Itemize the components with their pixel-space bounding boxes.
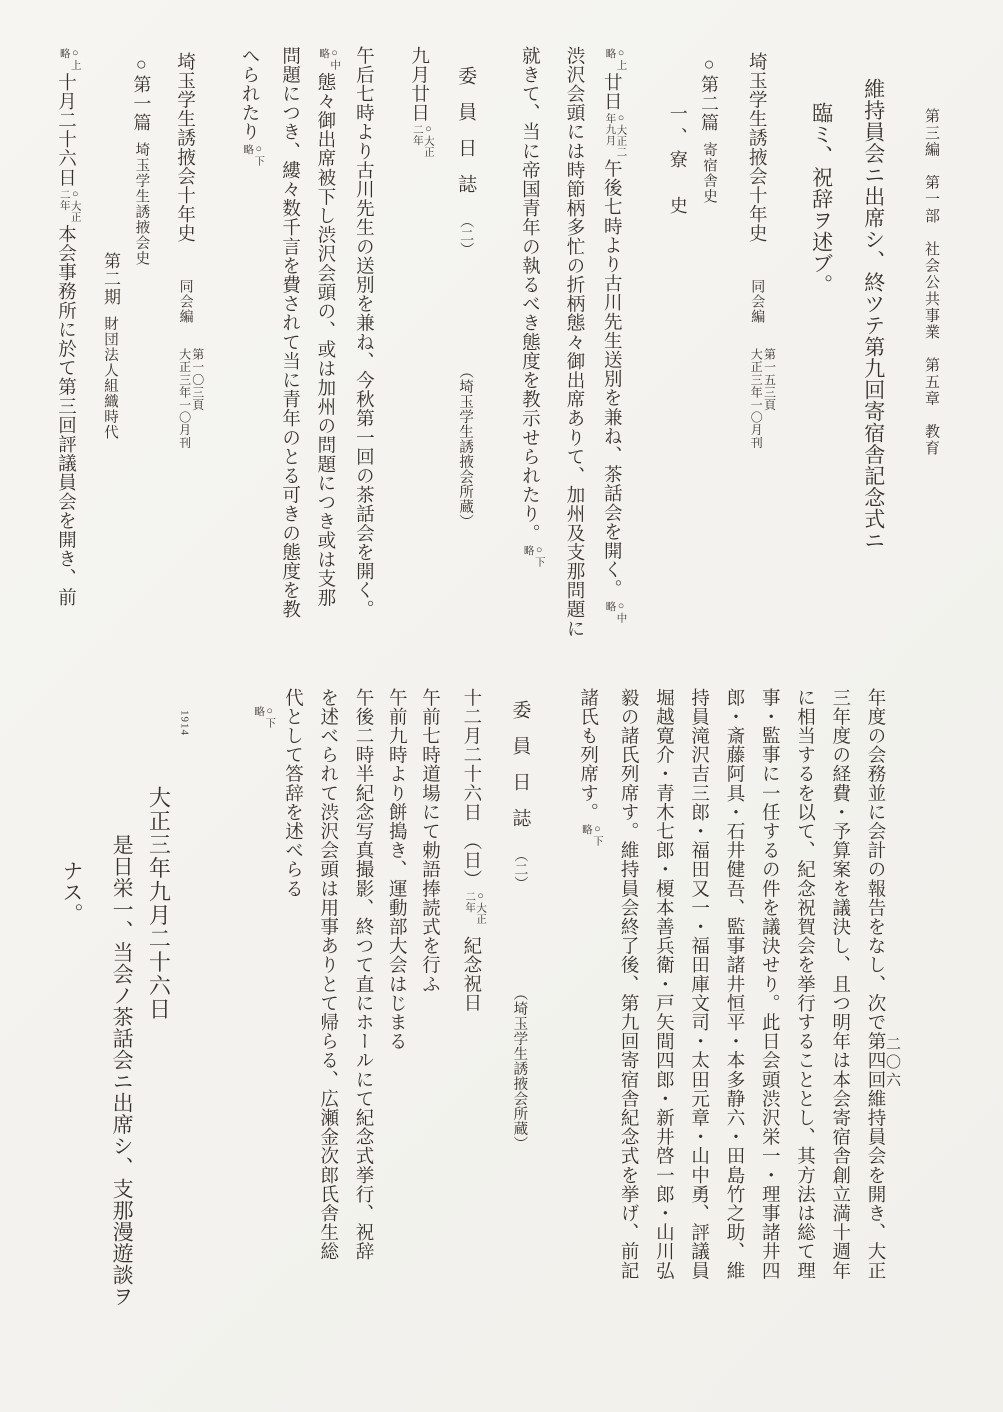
date-note: ○大正二年 [59, 189, 81, 223]
quote-text: 諸氏も列席す。 [578, 688, 598, 822]
section-label: ○第二篇 [699, 54, 719, 132]
kobun-line: 臨ミ、祝辞ヲ述ブ。 [809, 46, 833, 664]
diary-heading: 委員日誌 [509, 700, 530, 844]
warichu-line-left: 略 [59, 48, 70, 71]
section-title: 埼玉学生誘掖会史 [133, 142, 150, 266]
ellipsis-column: ○下略 [249, 688, 276, 1306]
warichu-line-left: 二年 [59, 189, 70, 223]
diary-source: （埼玉学生誘掖会所蔵） [511, 986, 528, 1151]
quote-line: 事・監事に一任するの件を議決せり。此日会頭渋沢栄一・理事諸井四 [758, 688, 779, 1306]
warichu-line-left: 略 [523, 545, 534, 568]
entry-date: 十月二十六日 [56, 73, 76, 188]
warichu-line-right: ○大正 [475, 891, 486, 925]
ellipsis-note: ○中略 [318, 48, 340, 71]
warichu-line-left: 略 [318, 48, 329, 71]
western-year-column: 1914 [173, 688, 194, 1306]
warichu-line-right: ○下 [253, 144, 264, 167]
citation-title: 埼玉学生誘掖会十年史 [746, 52, 766, 243]
quote-text: 本会事務所に於て第三回評議員会を開き、前 [56, 225, 76, 607]
citation-published: 大正三年一〇月刊 [177, 348, 190, 449]
entry-date-heading: 大正三年九月二十六日 [146, 688, 171, 1306]
warichu-line-left: 略 [604, 48, 615, 71]
warichu-line-left: 年九月 [604, 113, 615, 158]
citation-page-ref: 第一五三頁 [762, 348, 775, 449]
diary-date-column: 九月廿日○大正二年 [407, 46, 434, 664]
ellipsis-note: ○中略 [604, 601, 626, 624]
entry-date: 九月廿日 [409, 46, 429, 122]
kobun-line: 是日栄一、当会ノ茶話会ニ出席シ、支那漫遊談ヲ [110, 688, 134, 1306]
kobun-line: 維持員会ニ出席シ、終ツテ第九回寄宿舎記念式ニ [862, 46, 886, 664]
citation-column: 埼玉学生誘掖会十年史同会編第一〇三頁大正三年一〇月刊 [173, 46, 203, 664]
citation-editor: 同会編 [176, 279, 192, 324]
entry-date: 廿日 [601, 73, 621, 111]
citation-editor: 同会編 [748, 279, 764, 324]
quote-line: 渋沢会頭には時節柄多忙の折柄態々御出席ありて、加州及支那問題に [563, 46, 584, 664]
quote-line: 堀越寛介・青木七郎・榎本善兵衛・戸矢間四郎・新井啓一郎・山川弘 [652, 688, 673, 1306]
quote-line: 午前七時道場にて勅語捧読式を行ふ [418, 688, 439, 1306]
citation-page-info: 第一五三頁大正三年一〇月刊 [749, 348, 775, 449]
warichu-line-right: ○大正 [423, 124, 434, 158]
quote-line: ○上略廿日○大正二年九月午後七時より古川先生送別を兼ね、茶話会を開く。○中略 [600, 46, 627, 664]
quote-line: に相当するを以て、紀念祝賀会を挙行することとし、其方法は総て理 [793, 688, 814, 1306]
ellipsis-note: ○上略 [59, 48, 81, 71]
diary-date-column: 十二月二十六日 （日）○大正二年紀念祝日 [460, 688, 487, 1306]
warichu-line-right: ○下 [592, 824, 603, 847]
quote-line: 問題につき、縷々数千言を費されて当に青年のとる可きの態度を教 [278, 46, 299, 664]
citation-column: 埼玉学生誘掖会十年史同会編第一五三頁大正三年一〇月刊 [745, 46, 775, 664]
warichu-line-right: ○中 [329, 48, 340, 71]
top-text-block: 第三編 第一部 社会公共事業 第五章 教育 維持員会ニ出席シ、終ツテ第九回寄宿舎… [54, 46, 939, 664]
quote-line: 郎・斎藤阿具・石井健吾、監事諸井恒平・本多静六・田島竹之助、維 [723, 688, 744, 1306]
quote-text: 態々御出席被下し渋沢会頭の、或は加州の問題につき或は支那 [315, 73, 335, 608]
warichu-line-right: ○中 [615, 601, 626, 624]
diary-heading-number: （二） [457, 214, 473, 256]
quote-text: 午後七時より古川先生送別を兼ね、茶話会を開く。 [601, 159, 621, 598]
scanned-book-page: 第三編 第一部 社会公共事業 第五章 教育 維持員会ニ出席シ、終ツテ第九回寄宿舎… [0, 0, 1003, 1412]
entry-date-suffix: 紀念祝日 [460, 936, 481, 1012]
section-heading-column: ○第二篇寄宿舎史 [698, 46, 719, 664]
quote-line: 三年度の経費・予算案を議決し、且つ明年は本会寄宿舎創立満十週年 [828, 688, 849, 1306]
warichu-line-right: ○上 [615, 48, 626, 71]
quote-line: 持員滝沢吉三郎・福田又一・福田庫文司・太田元章・山中勇、評議員 [687, 688, 708, 1306]
running-head: 第三編 第一部 社会公共事業 第五章 教育 [922, 46, 939, 664]
quote-line: 毅の諸氏列席す。維持員会終了後、第九回寄宿舎紀念式を挙げ、前記 [617, 688, 638, 1306]
ellipsis-note: ○下略 [523, 545, 545, 568]
warichu-line-right: ○下 [264, 706, 275, 729]
bottom-text-block: 年度の会務並に会計の報告をなし、次で第四回維持員会を開き、大正 三年度の経費・予… [60, 688, 885, 1306]
diary-heading-number: （二） [511, 848, 527, 890]
section-subheading-title: 財団法人組織時代 [101, 316, 118, 440]
citation-title: 埼玉学生誘掖会十年史 [175, 52, 195, 243]
date-note: ○大正二年九月 [604, 113, 626, 158]
date-note: ○大正二年 [412, 124, 434, 158]
ellipsis-note: ○下略 [581, 824, 603, 847]
kobun-line: ナス。 [60, 688, 84, 1306]
western-year: 1914 [179, 710, 191, 736]
warichu-line-left: 略 [604, 601, 615, 624]
ellipsis-note: ○下略 [242, 144, 264, 167]
warichu-line-left: 二年 [464, 891, 475, 925]
quote-line: ○上略十月二十六日○大正二年本会事務所に於て第三回評議員会を開き、前 [54, 46, 81, 664]
diary-source: （埼玉学生誘掖会所蔵） [456, 364, 473, 529]
section-subheading: 一、寮 史 [668, 104, 688, 219]
quote-line: 年度の会務並に会計の報告をなし、次で第四回維持員会を開き、大正 [864, 688, 885, 1306]
citation-published: 大正三年一〇月刊 [749, 348, 762, 449]
ellipsis-note: ○上略 [604, 48, 626, 71]
section-heading-column: ○第一篇埼玉学生誘掖会史 [130, 46, 151, 664]
warichu-line-left: 略 [253, 706, 264, 729]
warichu-line-right: ○大正 [70, 189, 81, 223]
citation-page-info: 第一〇三頁大正三年一〇月刊 [177, 348, 203, 449]
warichu-line-right: ○上 [70, 48, 81, 71]
quote-line: 午后七時より古川先生の送別を兼ね、今秋第一回の茶話会を開く。 [352, 46, 373, 664]
diary-heading-column: 委員日誌（二）（埼玉学生誘掖会所蔵） [454, 46, 476, 664]
quote-line: 午前九時より餅搗き、運動部大会はじまる [385, 688, 406, 1306]
entry-date: 十二月二十六日 （日） [461, 688, 481, 889]
warichu-line-left: 略 [581, 824, 592, 847]
quote-line: 諸氏も列席す。○下略 [576, 688, 603, 1306]
section-subheading-label: 第二期 [101, 252, 120, 306]
warichu-line-right: ○下 [534, 545, 545, 568]
warichu-line-left: 二年 [412, 124, 423, 158]
quote-text: 就きて、当に帝国青年の執るべき態度を教示せられたり。 [519, 46, 539, 543]
warichu-line-right: ○大正二 [615, 113, 626, 158]
ellipsis-note: ○下略 [253, 706, 275, 729]
section-title: 寄宿舎史 [700, 142, 717, 204]
quote-line: 代として答辞を述べらる [281, 688, 302, 1306]
diary-heading: 委員日誌 [455, 66, 476, 210]
citation-page-ref: 第一〇三頁 [191, 348, 204, 449]
quote-line: へられたり○下略 [238, 46, 265, 664]
quote-line: を述べられて渋沢会頭は用事ありとて帰らる、広瀬金次郎氏舎生総 [316, 688, 337, 1306]
section-subheading-column: 一、寮 史 [666, 46, 687, 664]
quote-line: 就きて、当に帝国青年の執るべき態度を教示せられたり。○下略 [518, 46, 545, 664]
section-label: ○第一篇 [131, 54, 151, 132]
quote-line: 午後二時半紀念写真撮影、終つて直にホールにて紀念式挙行、祝辞 [352, 688, 373, 1306]
diary-heading-column: 委員日誌（二）（埼玉学生誘掖会所蔵） [508, 688, 530, 1306]
quote-text: へられたり [239, 46, 259, 142]
page-number: 二〇六 [882, 1036, 903, 1090]
section-subheading-column: 第二期財団法人組織時代 [99, 46, 120, 664]
date-note: ○大正二年 [464, 891, 486, 925]
warichu-line-left: 略 [242, 144, 253, 167]
quote-line: ○中略態々御出席被下し渋沢会頭の、或は加州の問題につき或は支那 [314, 46, 341, 664]
